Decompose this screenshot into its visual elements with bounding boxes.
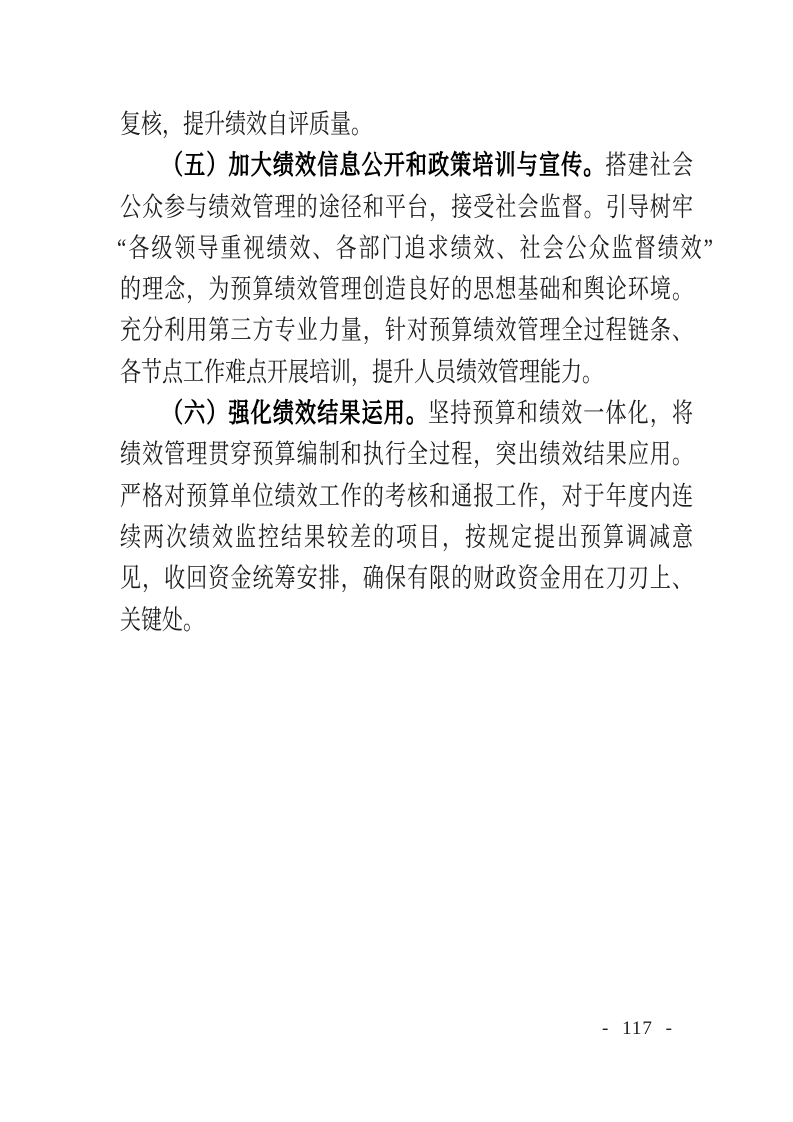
text-line-regular: 严格对预算单位绩效工作的考核和通报工作，对于年度内连 bbox=[120, 480, 693, 511]
text-line-regular: 的理念，为预算绩效管理创造良好的思想基础和舆论环境。 bbox=[120, 274, 693, 305]
text-line-regular: 搭建社会 bbox=[605, 150, 693, 181]
section-heading-bold: （五）加大绩效信息公开和政策培训与宣传。 bbox=[162, 150, 605, 181]
text-line-regular: 坚持预算和绩效一体化，将 bbox=[428, 398, 693, 429]
text-line-regular: 见，收回资金统筹安排，确保有限的财政资金用在刀刃上、 bbox=[120, 563, 693, 594]
text-line-regular: 绩效管理贯穿预算编制和执行全过程，突出绩效结果应用。 bbox=[120, 439, 693, 470]
page-number: - 117 - bbox=[602, 1018, 673, 1040]
text-line-regular: 续两次绩效监控结果较差的项目，按规定提出预算调减意 bbox=[120, 521, 693, 552]
document-body: 复核，提升绩效自评质量。 （五）加大绩效信息公开和政策培训与宣传。搭建社会 公众… bbox=[120, 104, 693, 641]
text-line-regular: 复核，提升绩效自评质量。 bbox=[120, 108, 372, 139]
text-line-regular: 各节点工作难点开展培训，提升人员绩效管理能力。 bbox=[120, 356, 603, 387]
text-line: 关键处。 bbox=[120, 594, 693, 647]
document-page: 复核，提升绩效自评质量。 （五）加大绩效信息公开和政策培训与宣传。搭建社会 公众… bbox=[0, 0, 793, 1122]
section-heading-bold: （六）强化绩效结果运用。 bbox=[162, 398, 428, 429]
text-line-regular: 关键处。 bbox=[120, 604, 204, 635]
text-line-regular: 充分利用第三方专业力量，针对预算绩效管理全过程链条、 bbox=[120, 315, 693, 346]
text-line-regular: “各级领导重视绩效、各部门追求绩效、社会公众监督绩效” bbox=[117, 232, 713, 263]
text-line-regular: 公众参与绩效管理的途径和平台，接受社会监督。引导树牢 bbox=[120, 191, 693, 222]
